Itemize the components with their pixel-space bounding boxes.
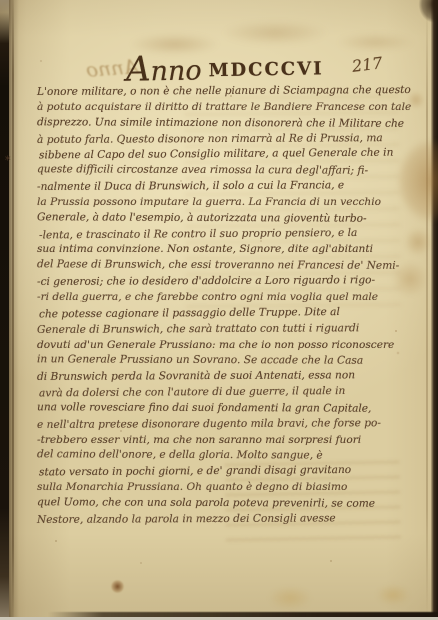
manuscript-line: una volle rovesciare fino dai suoi fonda… <box>37 400 395 417</box>
heading-roman-numeral: MDCCCVI <box>208 60 323 80</box>
foxing-spot <box>404 228 432 256</box>
manuscript-line: Generale di Brunswich, che sarà trattato… <box>37 321 395 339</box>
manuscript-line: e nell'altra pretese disonorare dugento … <box>37 416 395 434</box>
manuscript-line: Generale, à dato l'esempio, à autorizzat… <box>37 210 395 227</box>
right-page-crease <box>426 0 428 620</box>
ink-spot <box>111 580 124 593</box>
manuscript-body-text: L'onore militare, o non è che nelle pian… <box>37 84 395 528</box>
manuscript-line: -lenta, e trascinato il Re contro il suo… <box>39 225 397 244</box>
manuscript-line: queste difficili circostanze avea rimoss… <box>37 162 395 179</box>
manuscript-line: -trebbero esser vinti, ma che non sarann… <box>37 433 395 449</box>
manuscript-line: L'onore militare, o non è che nelle pian… <box>37 83 395 101</box>
manuscript-line: sulla Monarchia Prussiana. Oh quanto è d… <box>37 480 395 496</box>
binding-shadow <box>9 0 19 620</box>
paper-speckles <box>0 0 2 2</box>
page-number: 217 <box>351 55 383 75</box>
book-binding-edge <box>0 0 9 620</box>
manuscript-line: -ri della guerra, e che farebbe contro o… <box>37 290 395 306</box>
manuscript-line: quel Uomo, che con una sola parola potev… <box>37 495 395 512</box>
manuscript-line: -nalmente il Duca di Brunswich, il solo … <box>37 178 395 196</box>
stain-bottom <box>268 586 312 610</box>
manuscript-line: sua intima convinzione. Non ostante, Sig… <box>37 242 395 258</box>
manuscript-line: avrà da dolersi che con l'autore di due … <box>39 384 397 403</box>
manuscript-line: che potesse cagionare il passaggio delle… <box>39 304 397 323</box>
stain-bottom <box>376 584 410 606</box>
manuscript-line: del Paese di Brunswich, che essi trovera… <box>37 258 395 275</box>
manuscript-line: stato versato in pochi giorni, e de' gra… <box>39 463 397 482</box>
manuscript-line: -ci generosi; che io desidero d'addolcir… <box>37 273 395 291</box>
manuscript-line: la Prussia possono imputare la guerra. L… <box>37 195 395 211</box>
manuscript-line: dovuti ad'un Generale Prussiano: ma che … <box>37 338 395 354</box>
manuscript-page-scan: Anno AnnoMDCCCVI 217 * L'onore militare,… <box>0 0 438 620</box>
manuscript-line: disprezzo. Una simile intimazione non di… <box>37 115 395 132</box>
manuscript-line: Nestore, alzando la parola in mezzo dei … <box>37 511 395 529</box>
right-page-edge <box>431 0 438 620</box>
manuscript-line: à potuto acquistare il diritto di tratta… <box>37 100 395 116</box>
page-fold-crease <box>12 0 14 620</box>
margin-asterisk-mark: * <box>5 155 11 166</box>
